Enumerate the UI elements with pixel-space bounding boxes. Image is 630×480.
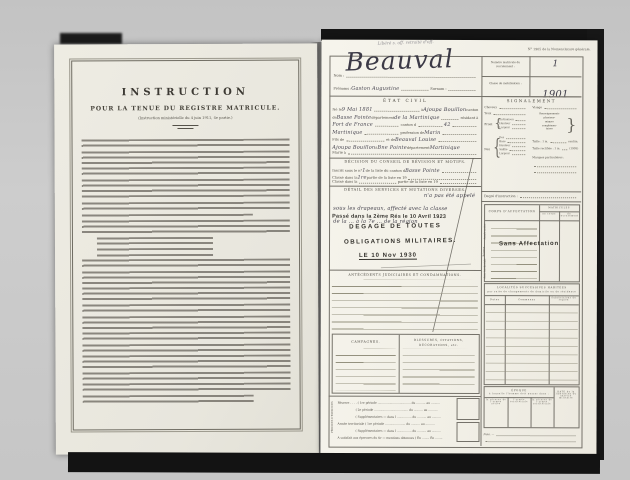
campagnes-table: CAMPAGNES. BLESSURES, CITATIONS, DÉCORAT… — [332, 334, 480, 394]
ruled-lines — [332, 280, 478, 330]
cheveux-label: Cheveux — [484, 105, 497, 109]
epoque-date-col: DATE de la libération du service militai… — [555, 391, 578, 399]
ruled-lines — [486, 306, 578, 383]
instruction-body-text — [82, 139, 291, 424]
epoque-heading: ÉPOQUE — [485, 389, 554, 392]
small-box — [457, 398, 480, 420]
instruction-edition-note: (Instruction ministérielle du 4 juin 191… — [72, 116, 298, 121]
taille-unit: centim. — [568, 139, 578, 143]
divider — [177, 127, 193, 128]
yeux-label: Yeux — [484, 111, 491, 115]
nez-items: Dos Base Hauteur Saillie Largeur — [499, 135, 527, 155]
signalement-heading: SIGNALEMENT — [481, 98, 581, 103]
epoque-box: ÉPOQUE à laquelle l'homme doit passer da… — [484, 386, 580, 428]
scan-smudge — [60, 33, 122, 44]
ruled-lines — [491, 222, 537, 279]
localites-col-dates: Dates — [485, 298, 505, 301]
small-box — [456, 422, 479, 442]
taille-label: Taille : 1 m. — [532, 139, 548, 143]
matricule-col-liste: du recrutement — [559, 213, 579, 217]
localites-heading: LOCALITÉS SUCCESSIVES HABITÉES — [485, 286, 579, 289]
nota-label: Nota. — — [484, 433, 495, 436]
degre-instruction-label: Degré d'instruction : — [484, 194, 518, 198]
localites-subheading: par suite de changements de domicile ou … — [485, 291, 579, 293]
antecedents-heading: ANTÉCÉDENTS JUDICIAIRES ET CONDAMNATIONS… — [329, 273, 481, 277]
affectation-heading: CORPS D'AFFECTATION — [485, 209, 539, 213]
affectation-side-label: Armée active — [484, 224, 487, 240]
front-label: Front — [484, 122, 492, 126]
stamp-sans-affectation: Sans Affectation — [499, 241, 559, 247]
epoque-col-2: l'armée territoriale — [509, 399, 530, 403]
matricules-heading: MATRICULES — [539, 206, 579, 209]
visage-label: Visage — [532, 105, 542, 109]
scan-bottom-edge — [68, 452, 600, 474]
localites-col-subdivisions: Subdivisions de région — [549, 297, 579, 301]
scanned-register-spread: INSTRUCTION POUR LA TENUE DU REGISTRE MA… — [0, 0, 630, 480]
affectation-side-label: Arm. territoriale — [483, 259, 486, 279]
instruction-frame: INSTRUCTION POUR LA TENUE DU REGISTRE MA… — [71, 60, 301, 431]
front-items: Inclinaison Hauteur Largeur — [499, 117, 527, 129]
ruled-lines — [403, 349, 475, 391]
left-page-instruction: INSTRUCTION POUR LA TENUE DU REGISTRE MA… — [54, 43, 319, 454]
instruction-title: INSTRUCTION — [72, 87, 298, 99]
blessures-heading-2: DÉCORATIONS, etc. — [399, 342, 479, 346]
right-page-matricule-form: Libéré s. off. retraité d'off. N° 1905 d… — [320, 40, 597, 455]
affectation-side-label: Réserve — [482, 247, 485, 257]
taille-rectifiee-note: (1905) — [569, 146, 578, 150]
epoque-col-3: la réserve de l'armée territoriale — [532, 399, 553, 405]
divider — [172, 125, 198, 126]
localites-col-communes: Communes — [505, 298, 549, 301]
nez-label: Nez — [484, 147, 490, 151]
campagnes-heading: CAMPAGNES. — [333, 340, 399, 344]
periodes-line: A satisfait aux épreuves du tir — mentio… — [337, 435, 463, 442]
marques-label: Marques particulières : — [532, 155, 564, 159]
localites-table: LOCALITÉS SUCCESSIVES HABITÉES par suite… — [484, 283, 580, 385]
epoque-col-1: la réserve de l'armée active — [486, 399, 507, 405]
periodes-block: PÉRIODES D'EXERCICES Réserve . . . . ( 1… — [329, 398, 477, 444]
renseignements-label: Renseignements physiono- miques compléme… — [534, 112, 564, 131]
taille-rectifiee-label: Taille rectifiée : 1 m. — [532, 146, 560, 150]
epoque-subheading: à laquelle l'homme doit passer dans : — [485, 393, 554, 395]
periodes-lines: Réserve . . . . ( 1re période ..........… — [337, 400, 463, 442]
ruled-lines — [336, 349, 396, 391]
signalement-box: Cheveux Yeux Front { Inclinaison Hauteur… — [484, 105, 578, 189]
periodes-side-label: PÉRIODES D'EXERCICES — [331, 401, 334, 433]
instruction-subtitle: POUR LA TENUE DU REGISTRE MATRICULE. — [72, 105, 298, 113]
matricule-col-corps: au corps — [539, 213, 559, 215]
